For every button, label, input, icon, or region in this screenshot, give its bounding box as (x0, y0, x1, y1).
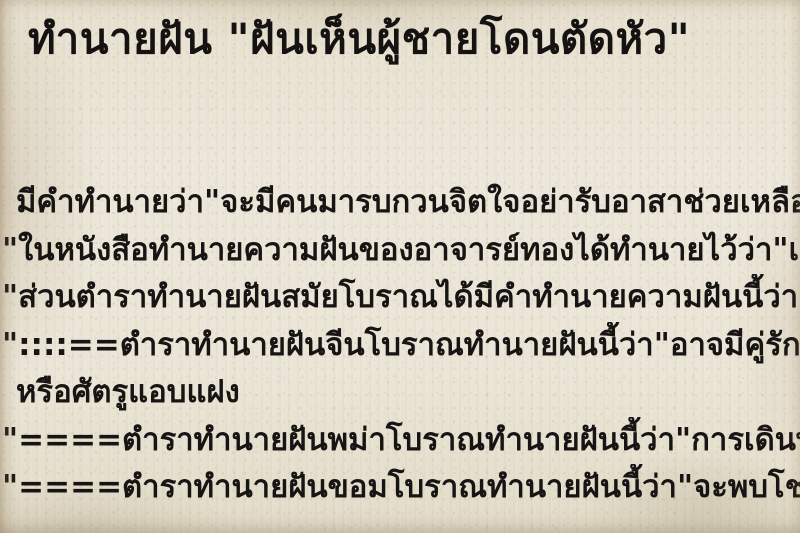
dream-interpretation-body: มีคำทำนายว่า"จะมีคนมารบกวนจิตใจอย่ารับอา… (0, 179, 800, 512)
body-line: มีคำทำนายว่า"จะมีคนมารบกวนจิตใจอย่ารับอา… (0, 179, 800, 227)
dream-interpretation-title: ทำนายฝัน "ฝันเห็นผู้ชายโดนตัดหัว" (28, 8, 800, 70)
body-line: "====ตำราทำนายฝันพม่าโบราณทำนายฝันนี้ว่า… (0, 417, 800, 465)
body-line: หรือศัตรูแอบแฝง (0, 369, 800, 417)
body-line: "::::==ตำราทำนายฝันจีนโบราณทำนายฝันนี้ว่… (0, 322, 800, 370)
body-line: "ในหนังสือทำนายความฝันของอาจารย์ทองได้ทำ… (0, 227, 800, 275)
body-line: "====ตำราทำนายฝันขอมโบราณทำนายฝันนี้ว่า"… (0, 464, 800, 512)
aged-paper-background: ทำนายฝัน "ฝันเห็นผู้ชายโดนตัดหัว" มีคำทำ… (0, 0, 800, 533)
body-line: "ส่วนตำราทำนายฝันสมัยโบราณได้มีคำทำนายคว… (0, 274, 800, 322)
